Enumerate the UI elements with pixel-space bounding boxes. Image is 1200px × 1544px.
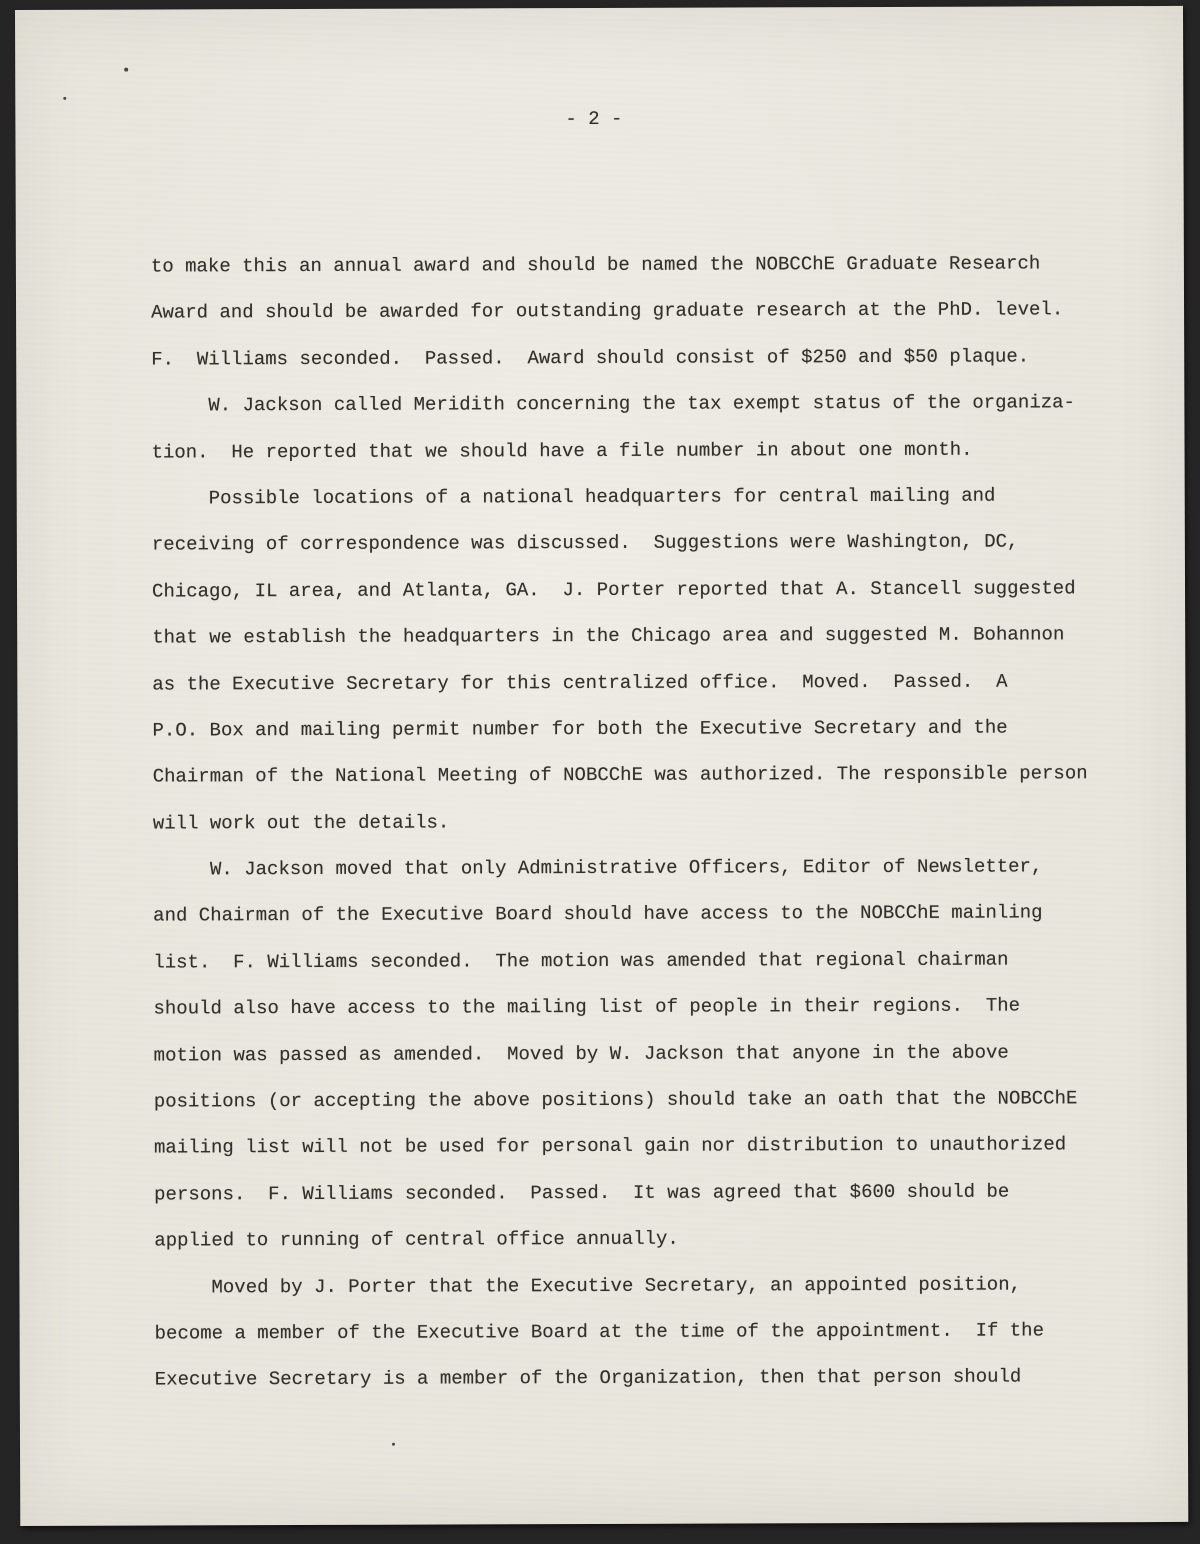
text-line: tion. He reported that we should have a …: [151, 426, 1141, 476]
text-line: positions (or accepting the above positi…: [154, 1075, 1144, 1125]
text-line: motion was passed as amended. Moved by W…: [154, 1029, 1144, 1079]
text-line: become a member of the Executive Board a…: [155, 1307, 1145, 1357]
document-page: - 2 - to make this an annual award and s…: [15, 6, 1188, 1526]
text-line: persons. F. Williams seconded. Passed. I…: [154, 1168, 1144, 1218]
text-line: to make this an annual award and should …: [151, 240, 1141, 290]
scan-speck: [124, 68, 128, 72]
text-line: Chairman of the National Meeting of NOBC…: [153, 750, 1143, 800]
text-line: that we establish the headquarters in th…: [152, 611, 1142, 661]
text-line: and Chairman of the Executive Board shou…: [153, 890, 1143, 940]
text-line: Moved by J. Porter that the Executive Se…: [154, 1261, 1144, 1311]
text-line: W. Jackson called Meridith concerning th…: [151, 379, 1141, 429]
text-line: Award and should be awarded for outstand…: [151, 286, 1141, 336]
document-text: to make this an annual award and should …: [151, 240, 1145, 1403]
scan-speck: [63, 97, 66, 100]
text-line: receiving of correspondence was discusse…: [152, 518, 1142, 568]
scanner-background: - 2 - to make this an annual award and s…: [0, 0, 1200, 1544]
text-line: should also have access to the mailing l…: [153, 982, 1143, 1032]
text-line: Executive Secretary is a member of the O…: [155, 1353, 1145, 1403]
text-line: will work out the details.: [153, 797, 1143, 847]
scan-speck: [392, 1443, 395, 1446]
text-line: mailing list will not be used for person…: [154, 1121, 1144, 1171]
text-line: P.O. Box and mailing permit number for b…: [152, 704, 1142, 754]
text-line: W. Jackson moved that only Administrativ…: [153, 843, 1143, 893]
text-line: list. F. Williams seconded. The motion w…: [153, 936, 1143, 986]
text-line: as the Executive Secretary for this cent…: [152, 658, 1142, 708]
text-line: Possible locations of a national headqua…: [152, 472, 1142, 522]
text-line: applied to running of central office ann…: [154, 1214, 1144, 1264]
text-line: F. Williams seconded. Passed. Award shou…: [151, 333, 1141, 383]
page-number: - 2 -: [565, 108, 622, 130]
text-line: Chicago, IL area, and Atlanta, GA. J. Po…: [152, 565, 1142, 615]
